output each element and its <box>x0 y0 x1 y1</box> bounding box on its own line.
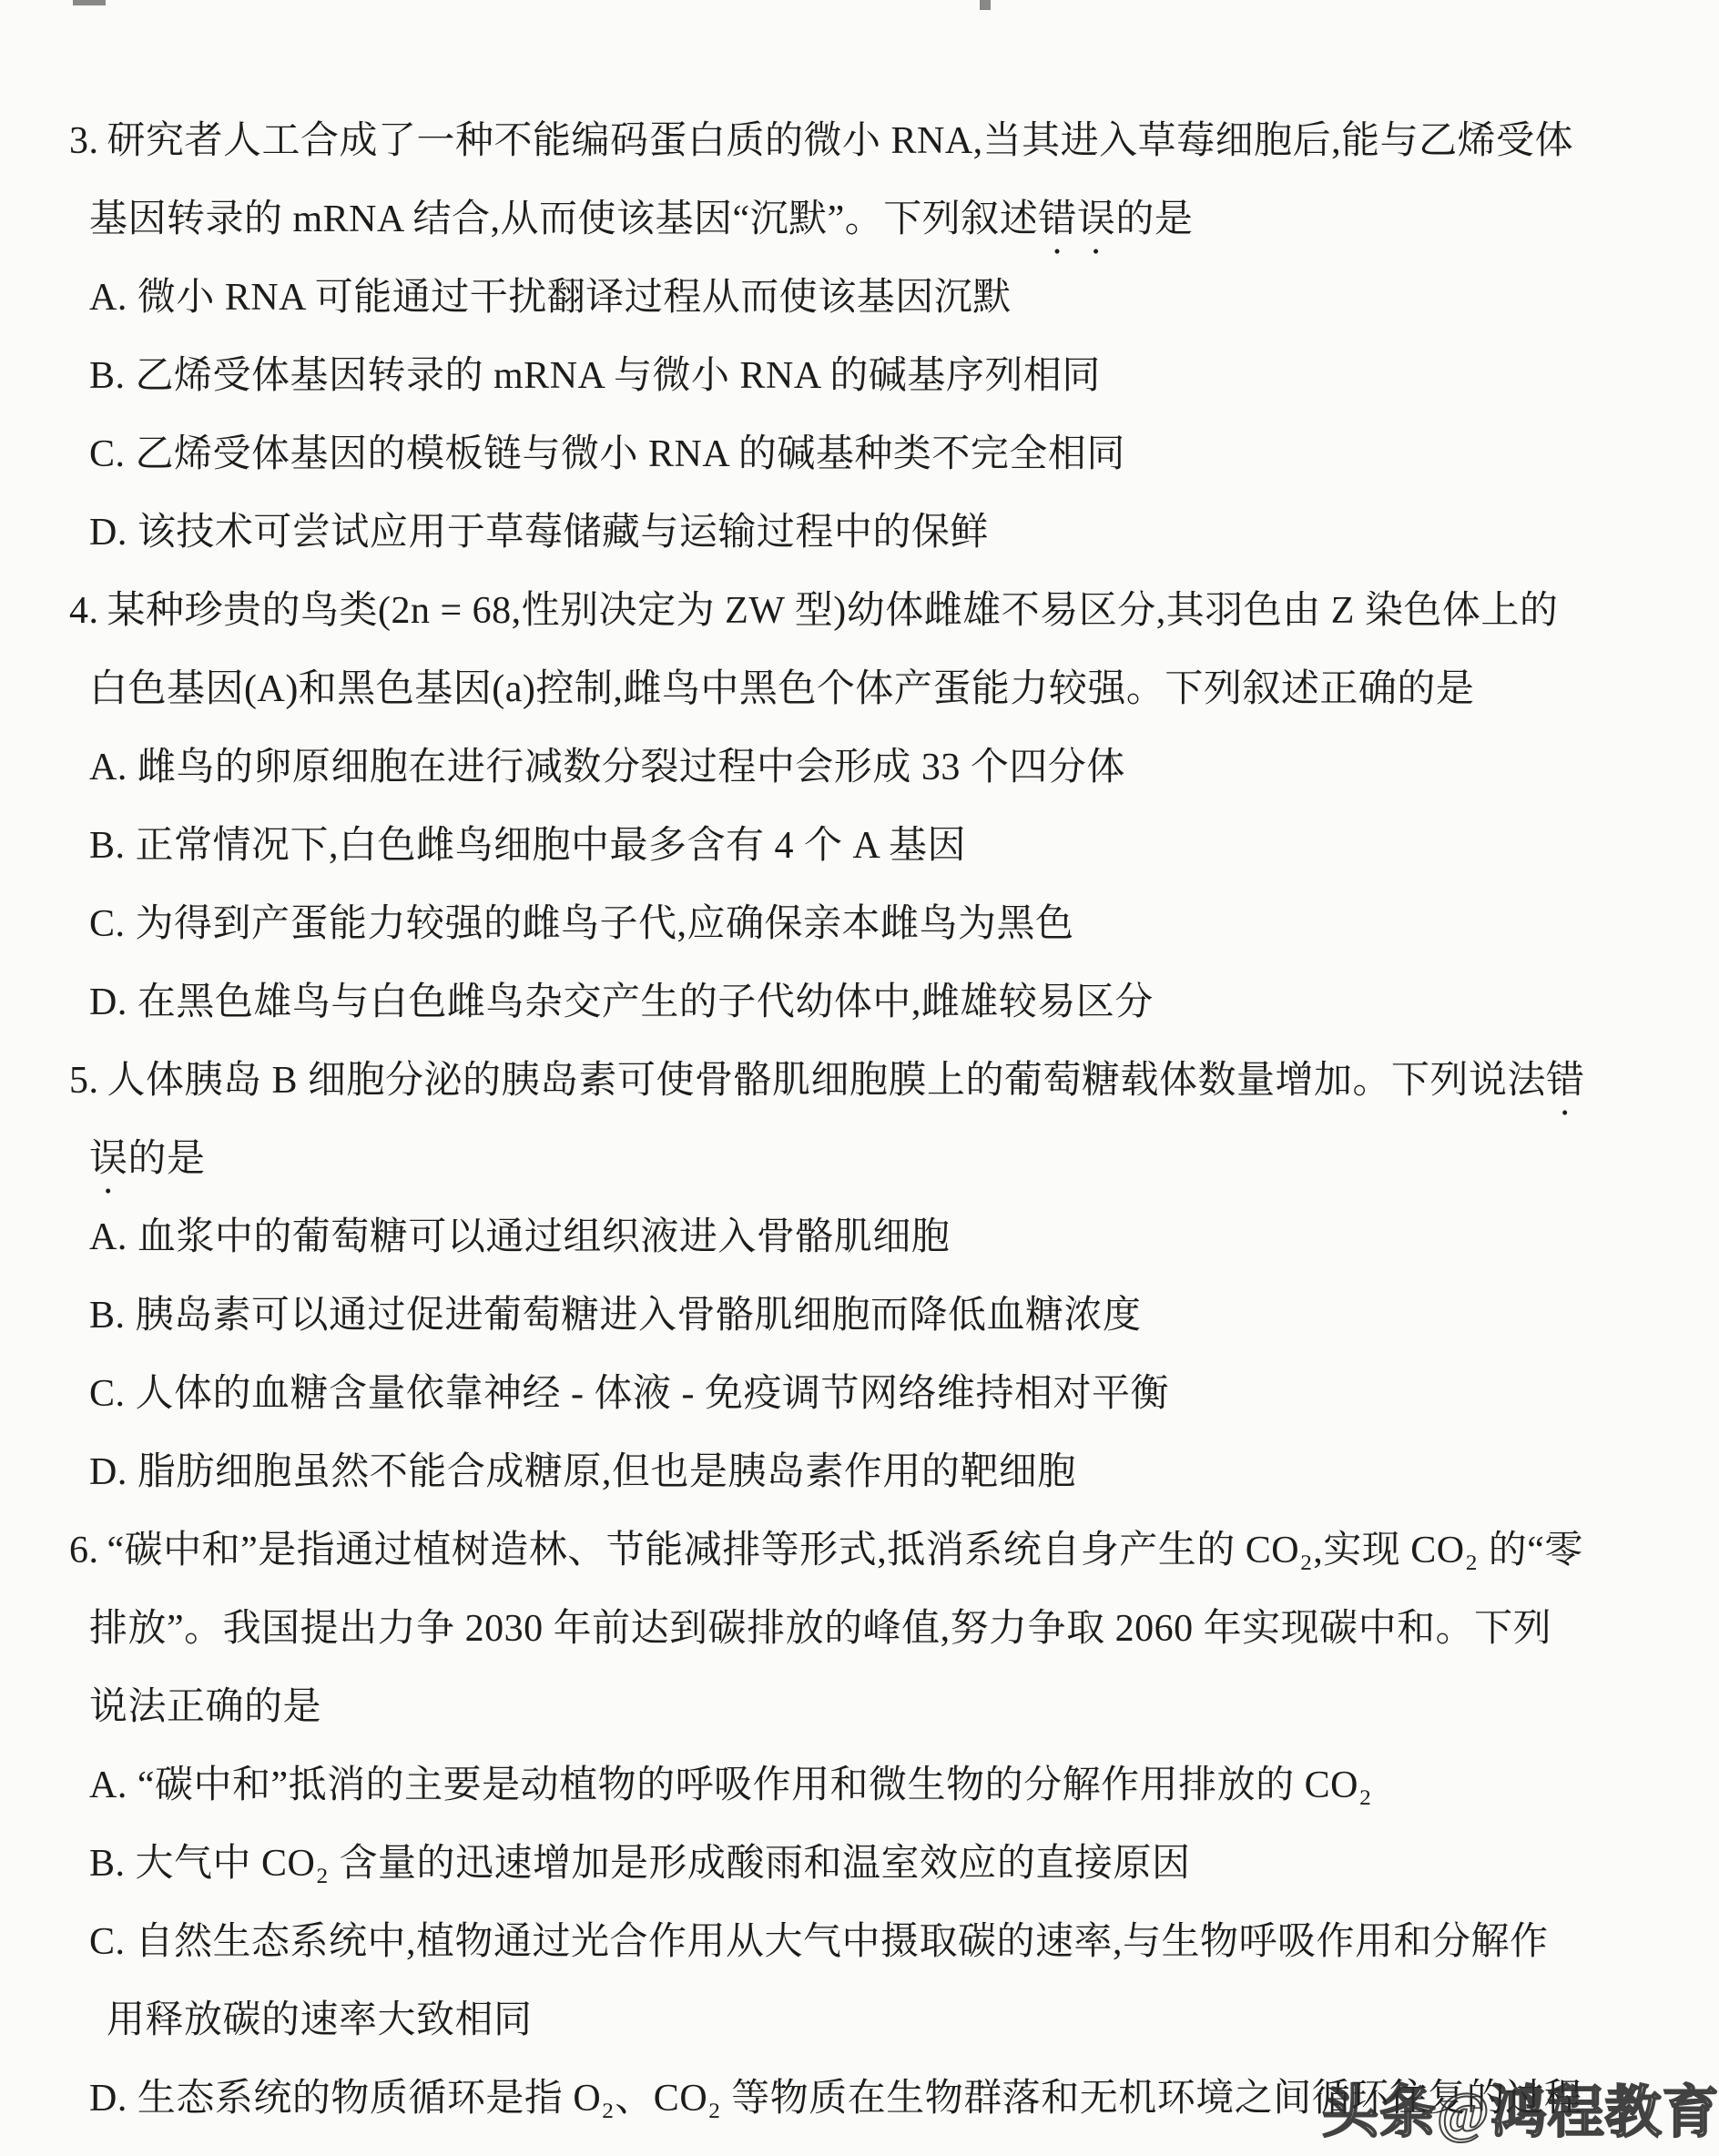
question-4-option-d: D. 在黑色雄鸟与白色雌鸟杂交产生的子代幼体中,雌雄较易区分 <box>0 963 1719 1042</box>
question-number: 6. <box>69 1530 99 1571</box>
question-4-option-a: A. 雌鸟的卵原细胞在进行减数分裂过程中会形成 33 个四分体 <box>0 728 1719 807</box>
question-number: 5. <box>69 1060 99 1102</box>
emphasized-text: 错误 <box>1038 198 1115 240</box>
line-text: B. 胰岛素可以通过促进葡萄糖进入骨骼肌细胞而降低血糖浓度 <box>89 1295 1142 1337</box>
question-5-option-a: A. 血浆中的葡萄糖可以通过组织液进入骨骼肌细胞 <box>0 1198 1719 1276</box>
question-6-option-c-line-1: C. 自然生态系统中,植物通过光合作用从大气中摄取碳的速率,与生物呼吸作用和分解… <box>0 1903 1719 1981</box>
line-text: 的是 <box>1115 198 1193 240</box>
question-5-option-c: C. 人体的血糖含量依靠神经 - 体液 - 免疫调节网络维持相对平衡 <box>0 1355 1719 1433</box>
line-text: D. 脂肪细胞虽然不能合成糖原,但也是胰岛素作用的靶细胞 <box>89 1451 1076 1493</box>
line-text: A. 雌鸟的卵原细胞在进行减数分裂过程中会形成 33 个四分体 <box>89 747 1125 788</box>
question-6-stem-line-3: 说法正确的是 <box>0 1668 1719 1746</box>
line-text: C. 人体的血糖含量依靠神经 - 体液 - 免疫调节网络维持相对平衡 <box>89 1373 1169 1415</box>
question-3-option-a: A. 微小 RNA 可能通过干扰翻译过程从而使该基因沉默 <box>0 259 1719 337</box>
line-text: 的是 <box>128 1138 206 1180</box>
question-3-stem-line-1: 3.研究者人工合成了一种不能编码蛋白质的微小 RNA,当其进入草莓细胞后,能与乙… <box>0 102 1719 180</box>
question-3-option-d: D. 该技术可尝试应用于草莓储藏与运输过程中的保鲜 <box>0 493 1719 572</box>
line-text: A. “碳中和”抵消的主要是动植物的呼吸作用和微生物的分解作用排放的 CO₂ <box>89 1764 1372 1806</box>
line-text: C. 为得到产蛋能力较强的雌鸟子代,应确保亲本雌鸟为黑色 <box>89 903 1074 945</box>
question-4-option-b: B. 正常情况下,白色雌鸟细胞中最多含有 4 个 A 基因 <box>0 807 1719 885</box>
exam-page: 3.研究者人工合成了一种不能编码蛋白质的微小 RNA,当其进入草莓细胞后,能与乙… <box>0 0 1719 2156</box>
question-5-stem-line-2: 误的是 <box>0 1120 1719 1198</box>
question-6-option-c-line-2: 用释放碳的速率大致相同 <box>0 1981 1719 2059</box>
question-3-option-c: C. 乙烯受体基因的模板链与微小 RNA 的碱基种类不完全相同 <box>0 415 1719 493</box>
exam-text-block: 3.研究者人工合成了一种不能编码蛋白质的微小 RNA,当其进入草莓细胞后,能与乙… <box>0 102 1719 2138</box>
line-text: 白色基因(A)和黑色基因(a)控制,雌鸟中黑色个体产蛋能力较强。下列叙述正确的是 <box>89 668 1474 710</box>
question-4-stem-line-2: 白色基因(A)和黑色基因(a)控制,雌鸟中黑色个体产蛋能力较强。下列叙述正确的是 <box>0 650 1719 728</box>
line-text: B. 乙烯受体基因转录的 mRNA 与微小 RNA 的碱基序列相同 <box>89 355 1101 397</box>
line-text: C. 自然生态系统中,植物通过光合作用从大气中摄取碳的速率,与生物呼吸作用和分解… <box>89 1921 1549 1963</box>
question-5-option-b: B. 胰岛素可以通过促进葡萄糖进入骨骼肌细胞而降低血糖浓度 <box>0 1276 1719 1355</box>
emphasized-text: 误 <box>89 1138 128 1180</box>
line-text: 用释放碳的速率大致相同 <box>107 1999 533 2041</box>
question-6-option-b: B. 大气中 CO₂ 含量的迅速增加是形成酸雨和温室效应的直接原因 <box>0 1825 1719 1903</box>
question-number: 4. <box>69 590 99 632</box>
question-6-option-a: A. “碳中和”抵消的主要是动植物的呼吸作用和微生物的分解作用排放的 CO₂ <box>0 1746 1719 1825</box>
line-text: 说法正确的是 <box>89 1686 321 1728</box>
line-text: “碳中和”是指通过植树造林、节能减排等形式,抵消系统自身产生的 CO₂,实现 C… <box>107 1530 1583 1571</box>
line-text: A. 微小 RNA 可能通过干扰翻译过程从而使该基因沉默 <box>89 277 1012 319</box>
question-5-option-d: D. 脂肪细胞虽然不能合成糖原,但也是胰岛素作用的靶细胞 <box>0 1433 1719 1511</box>
question-number: 3. <box>69 120 99 162</box>
question-6-stem-line-1: 6.“碳中和”是指通过植树造林、节能减排等形式,抵消系统自身产生的 CO₂,实现… <box>0 1511 1719 1590</box>
watermark: 头条@鸿程教育 <box>1322 2067 1719 2148</box>
line-text: B. 正常情况下,白色雌鸟细胞中最多含有 4 个 A 基因 <box>89 825 966 867</box>
emphasized-text: 错 <box>1546 1060 1585 1102</box>
question-3-option-b: B. 乙烯受体基因转录的 mRNA 与微小 RNA 的碱基序列相同 <box>0 337 1719 415</box>
question-5-stem-line-1: 5.人体胰岛 B 细胞分泌的胰岛素可使骨骼肌细胞膜上的葡萄糖载体数量增加。下列说… <box>0 1042 1719 1120</box>
scan-artifact <box>73 0 106 5</box>
scan-artifact <box>980 0 991 10</box>
line-text: 排放”。我国提出力争 2030 年前达到碳排放的峰值,努力争取 2060 年实现… <box>89 1608 1551 1650</box>
line-text: C. 乙烯受体基因的模板链与微小 RNA 的碱基种类不完全相同 <box>89 433 1125 475</box>
line-text: B. 大气中 CO₂ 含量的迅速增加是形成酸雨和温室效应的直接原因 <box>89 1843 1191 1885</box>
question-4-option-c: C. 为得到产蛋能力较强的雌鸟子代,应确保亲本雌鸟为黑色 <box>0 885 1719 963</box>
question-4-stem-line-1: 4.某种珍贵的鸟类(2n = 68,性别决定为 ZW 型)幼体雌雄不易区分,其羽… <box>0 572 1719 650</box>
line-text: 人体胰岛 B 细胞分泌的胰岛素可使骨骼肌细胞膜上的葡萄糖载体数量增加。下列说法 <box>107 1060 1547 1102</box>
line-text: D. 在黑色雄鸟与白色雌鸟杂交产生的子代幼体中,雌雄较易区分 <box>89 981 1154 1023</box>
line-text: 某种珍贵的鸟类(2n = 68,性别决定为 ZW 型)幼体雌雄不易区分,其羽色由… <box>107 590 1559 632</box>
line-text: D. 该技术可尝试应用于草莓储藏与运输过程中的保鲜 <box>89 512 989 554</box>
question-6-stem-line-2: 排放”。我国提出力争 2030 年前达到碳排放的峰值,努力争取 2060 年实现… <box>0 1590 1719 1668</box>
line-text: 基因转录的 mRNA 结合,从而使该基因“沉默”。下列叙述 <box>89 198 1038 240</box>
line-text: 研究者人工合成了一种不能编码蛋白质的微小 RNA,当其进入草莓细胞后,能与乙烯受… <box>107 120 1574 162</box>
question-3-stem-line-2: 基因转录的 mRNA 结合,从而使该基因“沉默”。下列叙述错误的是 <box>0 180 1719 259</box>
line-text: A. 血浆中的葡萄糖可以通过组织液进入骨骼肌细胞 <box>89 1216 950 1258</box>
